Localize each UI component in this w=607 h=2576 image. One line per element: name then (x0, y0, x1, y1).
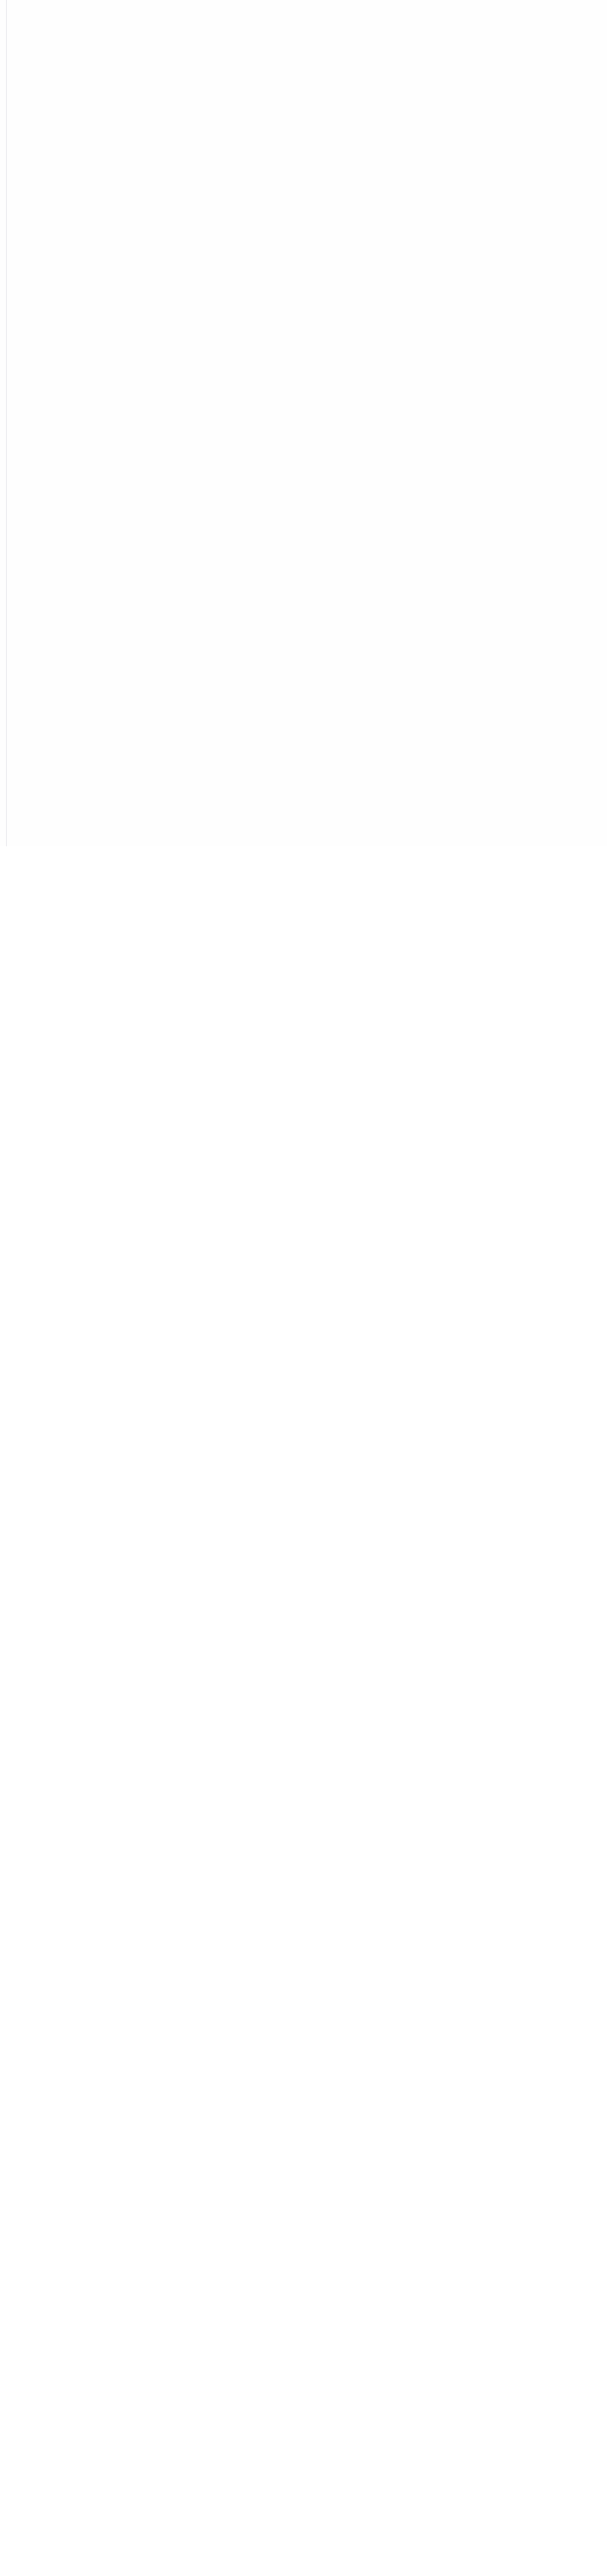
page-edge (6, 0, 7, 846)
document-page-1 (0, 0, 607, 846)
